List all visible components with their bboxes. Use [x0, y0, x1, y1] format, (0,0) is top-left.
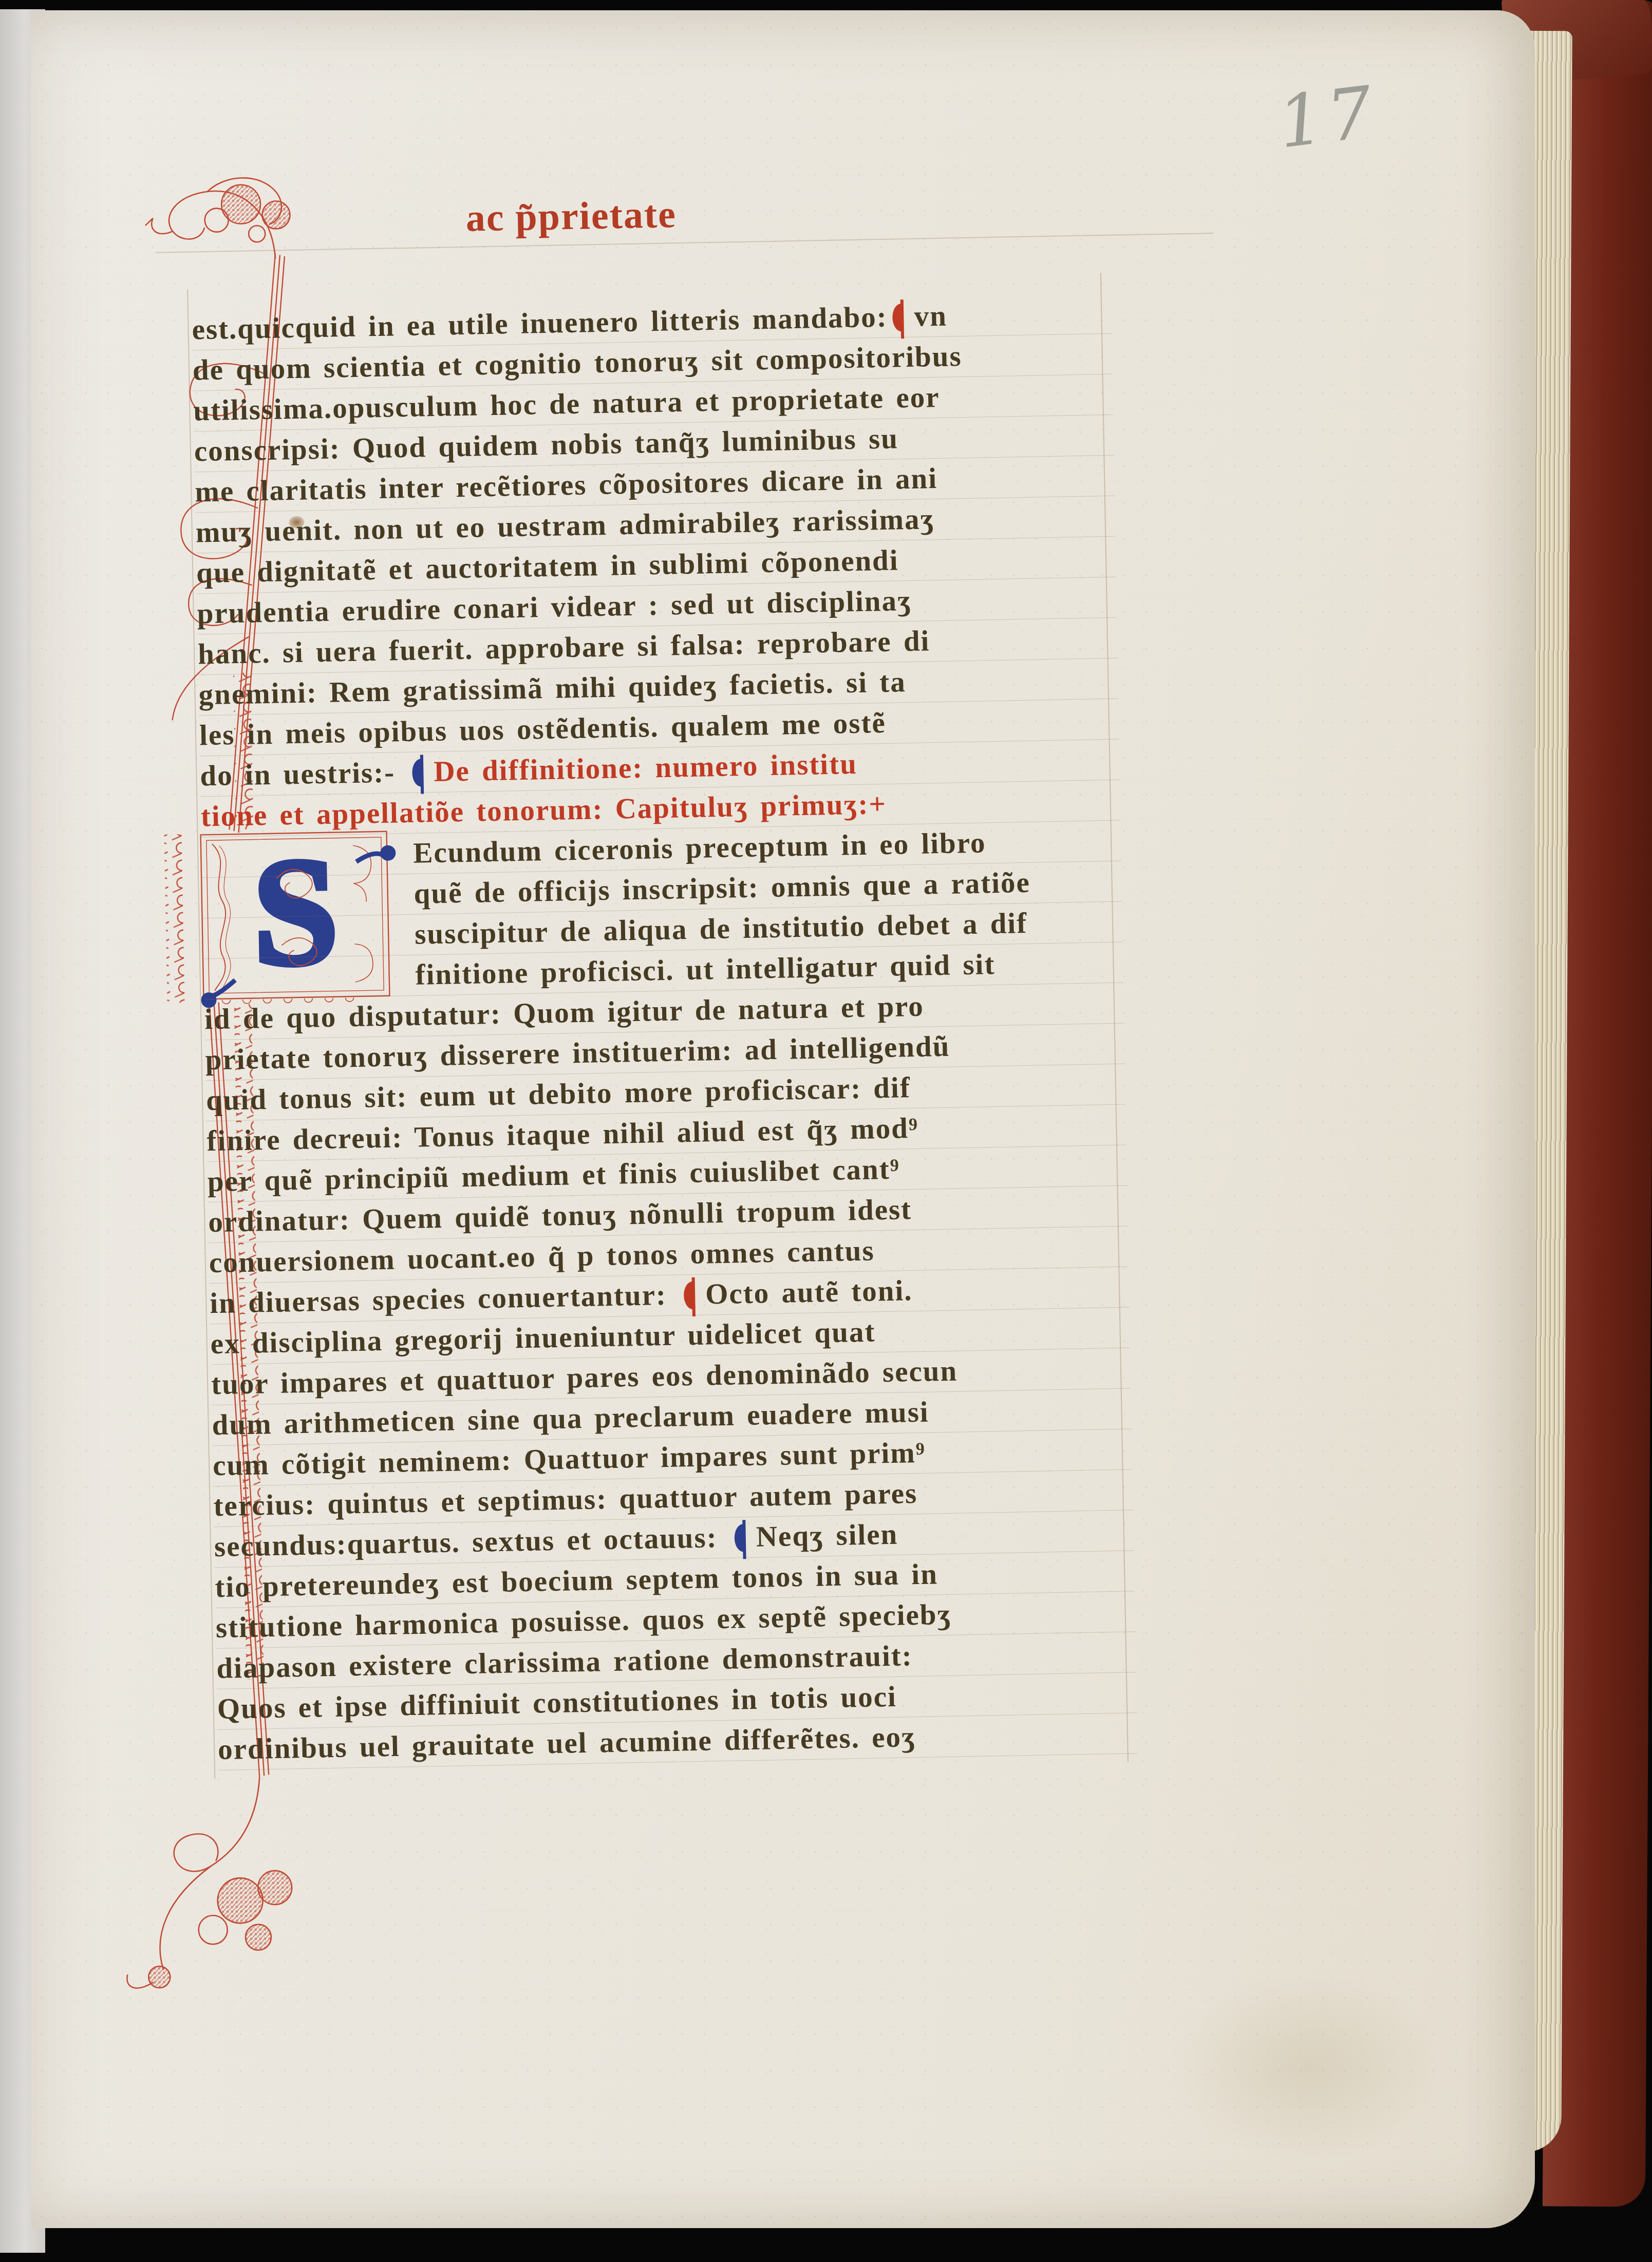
- body-text: per quẽ principiũ medium et finis cuiusl…: [207, 1153, 900, 1198]
- rubric-text: tione et appellatiõe tonorum: Capituluʒ …: [200, 788, 887, 833]
- body-text: les in meis opibus uos ostẽdentis. quale…: [199, 707, 886, 751]
- text-block: est.quicquid in ea utile inuenero litter…: [192, 293, 1138, 1770]
- body-text: do in uestris:-: [200, 756, 407, 792]
- body-text: ordinibus uel grauitate uel acumine diff…: [218, 1721, 916, 1766]
- page-content: 17 ac p̃prietate: [13, 0, 1557, 2243]
- penwork-top-flourish: [144, 177, 291, 261]
- photo-background: 17 ac p̃prietate: [0, 0, 1652, 2262]
- pilcrow-mark: [412, 758, 425, 787]
- pilcrow-mark: [892, 303, 905, 332]
- body-text: est.quicquid in ea utile inuenero litter…: [192, 301, 888, 346]
- rubric-text: De diffinitione: numero institu: [434, 748, 858, 788]
- body-text: Octo autẽ toni.: [705, 1274, 913, 1310]
- folio-number: 17: [1273, 70, 1381, 164]
- body-text: Neqʒ silen: [756, 1518, 898, 1553]
- body-text: quẽ de officijs inscripsit: omnis que a …: [414, 866, 1030, 910]
- manuscript-page: 17 ac p̃prietate: [31, 10, 1535, 2228]
- body-text: suscipitur de aliqua de institutio debet…: [415, 907, 1028, 951]
- pilcrow-mark: [684, 1280, 697, 1310]
- body-text: Quos et ipse diffiniuit constitutiones i…: [217, 1681, 897, 1725]
- body-text: vn: [914, 300, 947, 333]
- penwork-bottom-flourish: [123, 1777, 293, 1989]
- body-text: secundus:quartus. sextus et octauus:: [214, 1521, 729, 1563]
- body-text: diapason existere clarissima ratione dem…: [216, 1639, 913, 1685]
- body-text: finitione proficisci. ut intelligatur qu…: [415, 948, 996, 991]
- pilcrow-mark: [734, 1523, 747, 1553]
- penwork-loop-chain-mid: [164, 834, 185, 1003]
- running-header: ac p̃prietate: [465, 192, 677, 241]
- body-text: Ecundum ciceronis preceptum in eo libro: [413, 826, 986, 869]
- body-text: conuersionem uocant.eo q̃ p tonos omnes …: [209, 1234, 875, 1279]
- parchment-stain: [1173, 1967, 1444, 2167]
- body-text: in diuersas species conuertantur:: [210, 1278, 679, 1319]
- body-text: ex disciplina gregorij inueniuntur uidel…: [210, 1315, 876, 1360]
